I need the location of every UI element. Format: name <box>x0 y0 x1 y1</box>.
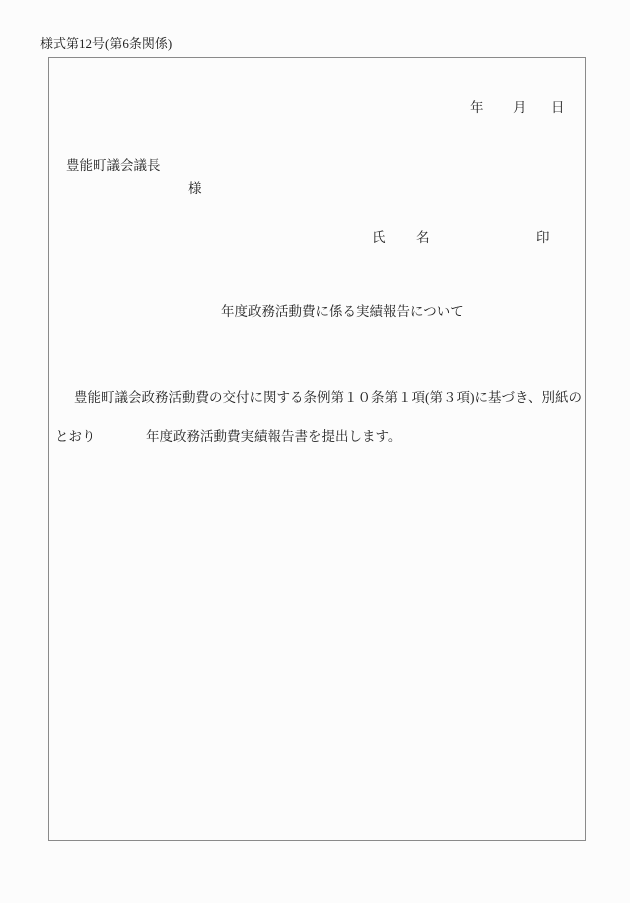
date-month-label: 月 <box>513 99 527 116</box>
body-text-line1: 豊能町議会政務活動費の交付に関する条例第１０条第１項(第３項)に基づき、別紙の <box>74 389 582 406</box>
addressee-title: 豊能町議会議長 <box>66 157 161 174</box>
document-subject-title: 年度政務活動費に係る実績報告について <box>221 303 464 320</box>
form-number-label: 様式第12号(第6条関係) <box>40 36 172 52</box>
addressee-honorific: 様 <box>188 180 202 197</box>
seal-label: 印 <box>536 229 550 246</box>
body-text-line2-lead: とおり <box>55 428 96 445</box>
body-text-line2-rest: 年度政務活動費実績報告書を提出します。 <box>146 428 401 445</box>
name-label-mei: 名 <box>416 229 430 246</box>
document-page: 様式第12号(第6条関係) 年 月 日 豊能町議会議長 様 氏 名 印 年度政務… <box>0 0 630 903</box>
date-day-label: 日 <box>551 99 565 116</box>
document-border-frame: 年 月 日 豊能町議会議長 様 氏 名 印 年度政務活動費に係る実績報告について… <box>48 57 586 841</box>
name-label-shi: 氏 <box>372 229 386 246</box>
date-year-label: 年 <box>470 99 484 116</box>
